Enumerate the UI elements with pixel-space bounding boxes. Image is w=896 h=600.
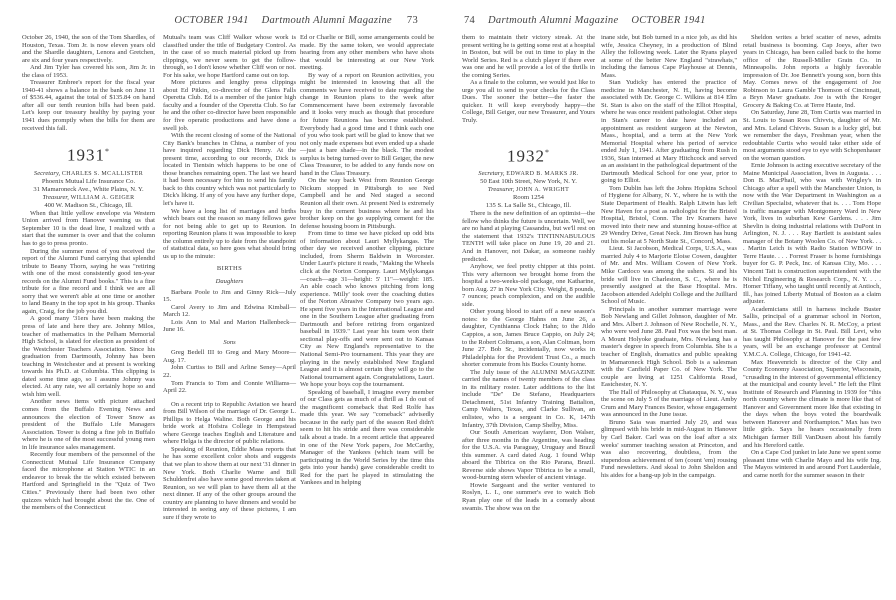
class-heading-1932: 1932* [462, 143, 595, 167]
page-74: 74 Dartmouth Alumni Magazine OCTOBER 194… [448, 0, 896, 600]
paragraph: Ernie Johnson is acting executive secret… [743, 162, 881, 305]
paragraph: From time to time we have picked up odd … [300, 230, 434, 388]
paragraph: More pictures and lengthy press clipping… [163, 79, 296, 132]
paragraph: Anyhow, we feel pretty chipper at this p… [462, 263, 595, 308]
paragraph: With the recent closing of some of the N… [163, 132, 296, 207]
page-number: 74 [464, 15, 475, 26]
paragraph: Treasurer Embree's report for the fiscal… [22, 79, 155, 132]
sons-heading: Sons [163, 339, 296, 347]
column-1: them to maintain their victory streak. A… [462, 34, 595, 512]
secretary-line: Secretary, EDWARD B. MARKS JR. [462, 170, 595, 178]
paragraph: Another news items with picture attached… [22, 398, 155, 451]
treasurer-address: 400 W. Madison St., Chicago, Ill. [22, 202, 155, 210]
paragraph: inane side, but Bob turned in a nice job… [601, 34, 737, 79]
running-head: 74 Dartmouth Alumni Magazine OCTOBER 194… [464, 15, 706, 26]
paragraph: Stan Yudicky has entered the practice of… [601, 79, 737, 185]
secretary-line: Secretary, CHARLES S. MCALLISTER [22, 170, 155, 178]
paragraph: During the summer most of you received t… [22, 248, 155, 316]
paragraph: Principals in another summer marriage we… [601, 306, 737, 389]
paragraph: Ed or Charlie or Bill, some arrangements… [300, 34, 434, 72]
birth-entry: Barbara Poole to Jim and Ginny Rick—July… [163, 289, 296, 304]
birth-entry: Tom Francis to Tom and Connie Williams—A… [163, 380, 296, 395]
issue-date: OCTOBER 1941 [631, 15, 705, 26]
issue-date: OCTOBER 1941 [174, 15, 248, 26]
paragraph: On a Cape Cod junket in late June we spe… [743, 449, 881, 479]
paragraph: A good many '31ers have been making the … [22, 315, 155, 398]
secretary-address-2: 31 Mamaroneck Ave., White Plains, N. Y. [22, 186, 155, 194]
class-heading-1931: 1931* [22, 142, 155, 166]
paragraph: Tom Dublin has left the Johns Hopkins Sc… [601, 185, 737, 245]
page-number: 73 [407, 15, 418, 26]
column-1: October 26, 1940, the son of the Tom Sha… [22, 34, 155, 512]
paragraph: On the way back West from Reunion George… [300, 177, 434, 230]
secretary-address-1: Phoenix Mutual Life Insurance Co. [22, 178, 155, 186]
paragraph: Lieut. Si Jacobson, Medical Corps, U.S.A… [601, 245, 737, 305]
treasurer-address: 135 S. La Salle St., Chicago, Ill. [462, 202, 595, 210]
paragraph: Mutual's team was Cliff Walker whose wor… [163, 34, 296, 79]
magazine-title: Dartmouth Alumni Magazine [488, 15, 618, 26]
births-heading: BIRTHS [163, 265, 296, 273]
paragraph: On Saturday, June 28, Tom Curtis was mar… [743, 109, 881, 162]
page-73: OCTOBER 1941 Dartmouth Alumni Magazine 7… [0, 0, 448, 600]
paragraph: By way of a report on Reunion activities… [300, 72, 434, 178]
paragraph: We have a long list of marriages and bir… [163, 208, 296, 261]
column-2: Mutual's team was Cliff Walker whose wor… [163, 34, 296, 521]
paragraph: October 26, 1940, the son of the Tom Sha… [22, 34, 155, 64]
column-2: inane side, but Bob turned in a nice job… [601, 34, 737, 479]
paragraph: On a recent trip to Republic Aviation we… [163, 401, 296, 446]
column-3: Ed or Charlie or Bill, some arrangements… [300, 34, 434, 487]
treasurer-room: Room 1254 [462, 194, 595, 202]
paragraph: them to maintain their victory streak. A… [462, 34, 595, 79]
paragraph: The July issue of the ALUMNI MAGAZINE ca… [462, 369, 595, 429]
daughters-heading: Daughters [163, 278, 296, 286]
paragraph: Sheldon writes a brief scatter of news, … [743, 34, 881, 109]
birth-entry: Carol Avery to Jim and Edwina Kimball—Ma… [163, 304, 296, 319]
column-3: Sheldon writes a brief scatter of news, … [743, 34, 881, 479]
secretary-address: 50 East 10th Street, New York, N. Y. [462, 178, 595, 186]
paragraph: As a finale to the column, we would just… [462, 79, 595, 124]
treasurer-line: Treasurer, JOHN A. WRIGHT [462, 186, 595, 194]
paragraph: Max Heavenrich is director of the City a… [743, 359, 881, 450]
magazine-title: Dartmouth Alumni Magazine [262, 15, 392, 26]
birth-entry: Greg Bedell III to Greg and Mary Moore—A… [163, 349, 296, 364]
paragraph: Howie Sargeant and the writer ventured t… [462, 482, 595, 512]
treasurer-line: Treasurer, WILLIAM A. GEIGER [22, 194, 155, 202]
paragraph: Recently four members of the personnel o… [22, 451, 155, 511]
paragraph: Speaking of Reunion, Eddie Maas reports … [163, 446, 296, 521]
paragraph: Our South American wayfarer, Don Walser,… [462, 429, 595, 482]
paragraph: Bruno Saia was married July 29, and was … [601, 419, 737, 479]
paragraph: The Hall of Philosophy at Chatauqua, N. … [601, 389, 737, 419]
paragraph: Speaking of baseball, I imagine every me… [300, 389, 434, 487]
birth-entry: Lois Ann to Mal and Marion Hallenbeck—Ju… [163, 319, 296, 334]
paragraph: And Jim Tyler has covered his son, Jim J… [22, 64, 155, 79]
paragraph: When that little yellow envelope via Wes… [22, 210, 155, 248]
paragraph: Other young blood to start off a new sea… [462, 308, 595, 368]
running-head: OCTOBER 1941 Dartmouth Alumni Magazine 7… [174, 15, 418, 26]
paragraph: Academicians still in harness include Bu… [743, 306, 881, 359]
paragraph: There is the new definition of an optimi… [462, 210, 595, 263]
birth-entry: John Curtiss to Bill and Arline Seney—Ap… [163, 364, 296, 379]
